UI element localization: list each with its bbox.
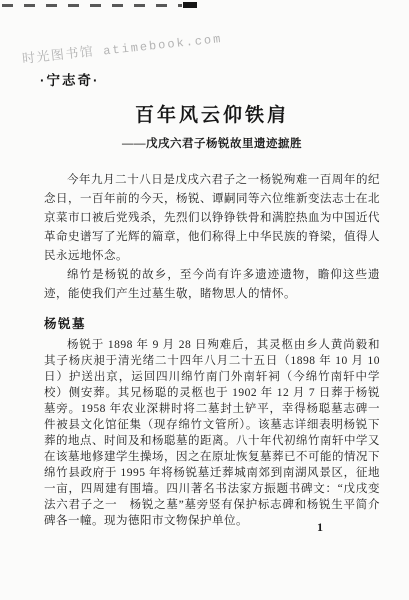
scanned-book-page: 时光图书馆atimebook.com ·宁志奇· 百年风云仰铁肩 ——戊戌六君子… [0, 0, 409, 600]
cropped-text-dash-solid [183, 2, 197, 8]
watermark: 时光图书馆atimebook.com [21, 27, 223, 67]
article-subtitle: ——戊戌六君子杨锐故里遗迹摭胜 [44, 135, 380, 151]
watermark-site-url: atimebook.com [103, 32, 223, 58]
intro-paragraph: 今年九月二十八日是戊戌六君子之一杨锐殉难一百周年的纪念日，一百年前的今天，杨锐、… [44, 171, 380, 266]
watermark-library-name: 时光图书馆 [21, 43, 95, 65]
cropped-text-dashes [2, 4, 182, 7]
page-number: 1 [317, 520, 323, 535]
section-paragraph: 杨锐于 1898 年 9 月 28 日殉难后，其灵柩由乡人黄尚毅和其子杨庆昶于清… [44, 337, 380, 529]
article-content: 百年风云仰铁肩 ——戊戌六君子杨锐故里遗迹摭胜 今年九月二十八日是戊戌六君子之一… [44, 100, 380, 529]
section-heading-yangrui-tomb: 杨锐墓 [44, 314, 380, 332]
article-title: 百年风云仰铁肩 [44, 100, 380, 127]
intro-paragraph: 绵竹是杨锐的故乡，至今尚有许多遗迹遗物，瞻仰这些遗迹，能使我们产生过墓生敬，睹物… [44, 266, 380, 304]
author-name: ·宁志奇· [40, 69, 100, 89]
